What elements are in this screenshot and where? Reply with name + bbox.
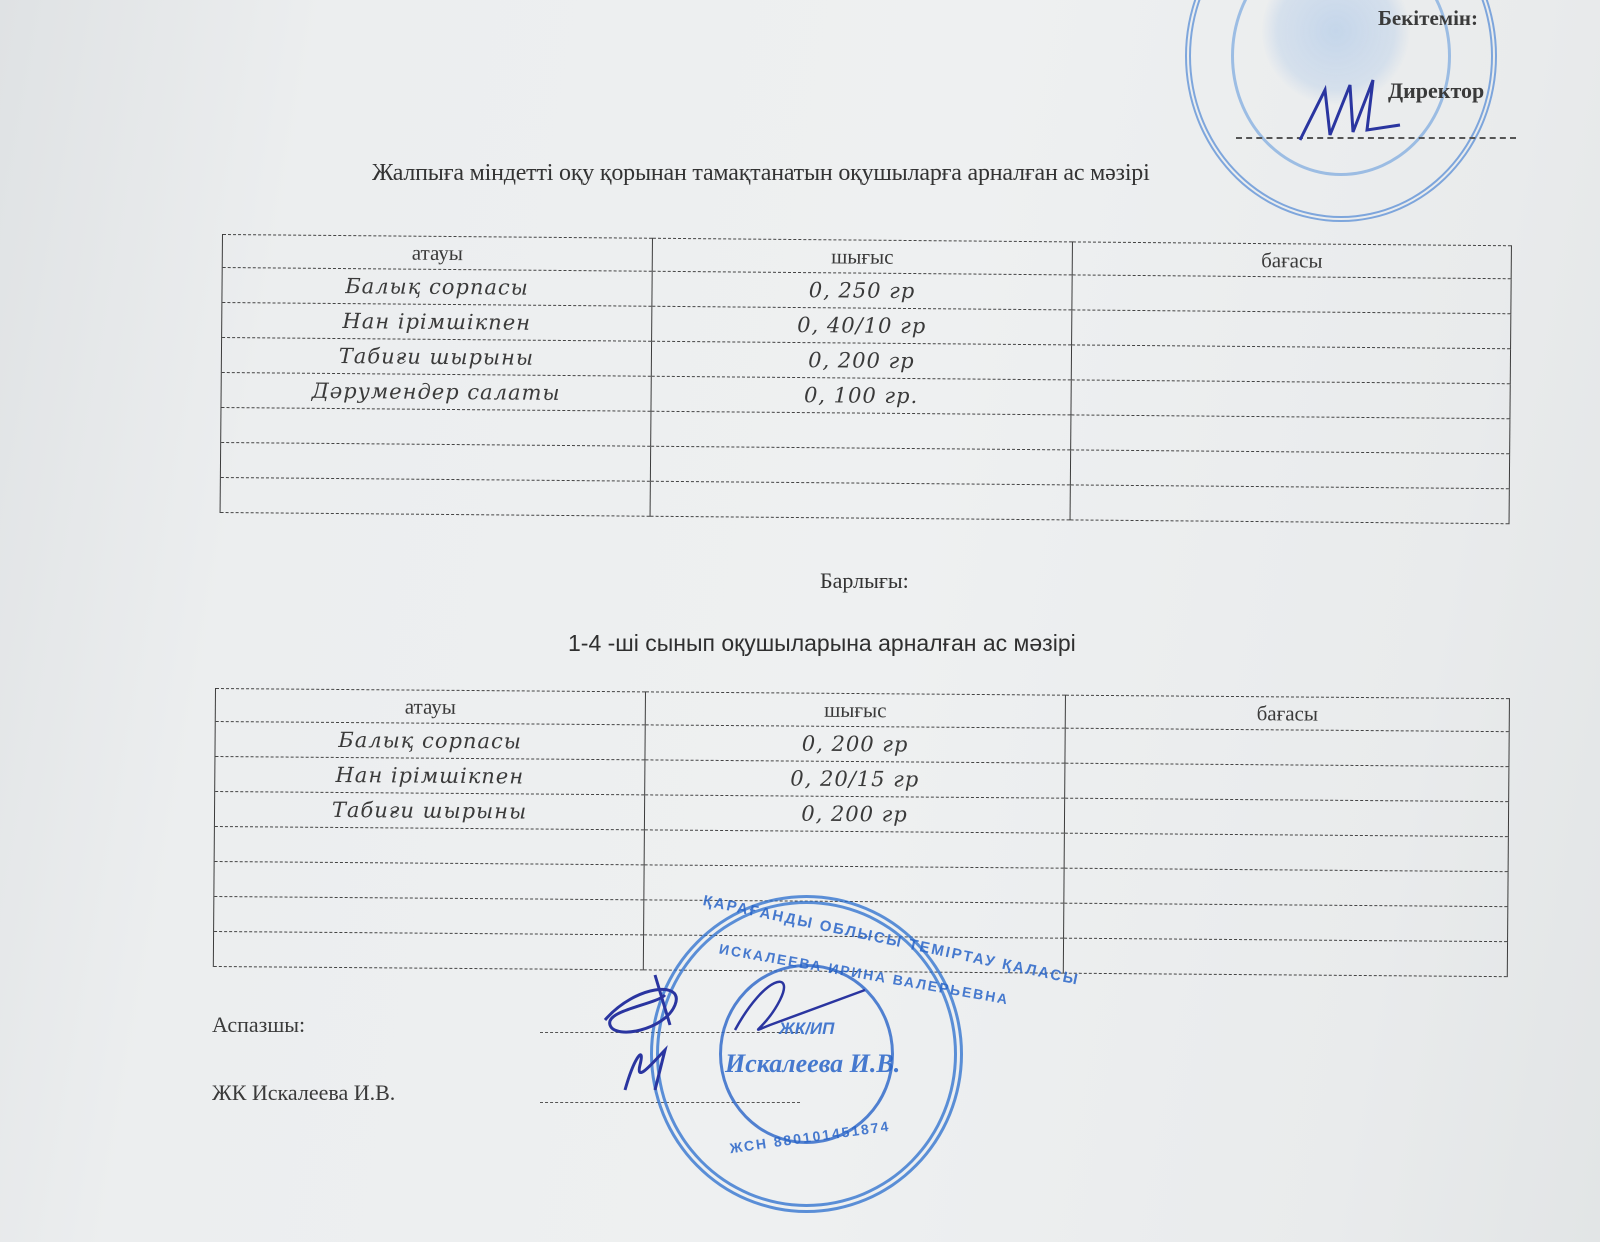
item-name-cell — [214, 861, 644, 899]
column-header-price: бағасы — [1065, 695, 1509, 731]
director-signature-icon — [1295, 70, 1405, 150]
column-header-price: бағасы — [1072, 242, 1511, 279]
item-price-cell — [1071, 345, 1510, 384]
item-name-cell: Табиғи шырыны — [214, 792, 644, 830]
item-name-cell — [214, 896, 644, 934]
item-name-cell: Дәрумендер салаты — [221, 372, 651, 411]
item-price-cell — [1065, 763, 1509, 801]
item-price-cell — [1064, 903, 1508, 941]
item-price-cell — [1064, 833, 1508, 871]
item-output-cell: 0, 40/10 гр — [652, 306, 1072, 345]
item-price-cell — [1064, 798, 1508, 836]
item-name-cell — [213, 931, 643, 969]
item-name-cell: Балық сорпасы — [215, 722, 645, 760]
column-header-name: атауы — [222, 235, 652, 272]
item-price-cell — [1065, 728, 1509, 766]
cook-signature-icon — [595, 965, 895, 1095]
item-output-cell — [651, 411, 1071, 450]
item-output-cell — [644, 830, 1064, 868]
item-name-cell — [220, 442, 650, 481]
item-price-cell — [1071, 415, 1510, 454]
menu-general-table: атауы шығыс бағасы Балық сорпасы0, 250 г… — [220, 234, 1512, 524]
item-price-cell — [1072, 310, 1511, 349]
item-output-cell: 0, 200 гр — [645, 725, 1065, 763]
item-price-cell — [1070, 450, 1509, 489]
menu-grades-title: 1-4 -ші сынып оқушыларына арналған ас мә… — [568, 630, 1076, 657]
item-name-cell: Табиғи шырыны — [221, 338, 651, 377]
item-price-cell — [1071, 380, 1510, 419]
ip-name-label: ЖК Искалеева И.В. — [212, 1080, 395, 1106]
column-header-name: атауы — [215, 689, 645, 725]
menu-general-title: Жалпыға міндетті оқу қорынан тамақтанаты… — [372, 160, 1150, 187]
item-output-cell: 0, 20/15 гр — [645, 760, 1065, 798]
item-output-cell: 0, 250 гр — [652, 271, 1072, 310]
column-header-output: шығыс — [645, 692, 1065, 728]
item-output-cell: 0, 200 гр — [651, 341, 1071, 380]
item-output-cell: 0, 200 гр — [644, 795, 1064, 833]
total-label: Барлығы: — [820, 568, 909, 594]
item-output-cell — [650, 481, 1070, 520]
column-header-output: шығыс — [652, 238, 1072, 275]
item-price-cell — [1064, 868, 1508, 906]
item-price-cell — [1070, 485, 1509, 524]
item-name-cell — [214, 826, 644, 864]
item-price-cell — [1072, 275, 1511, 314]
item-output-cell: 0, 100 гр. — [651, 376, 1071, 415]
item-name-cell — [220, 477, 650, 516]
item-name-cell: Нан ірімшікпен — [215, 757, 645, 795]
cook-label: Аспазшы: — [212, 1012, 305, 1038]
item-name-cell: Балық сорпасы — [222, 268, 652, 307]
item-output-cell — [650, 446, 1070, 485]
item-price-cell — [1063, 938, 1507, 976]
item-name-cell: Нан ірімшікпен — [222, 303, 652, 342]
approval-title: Бекітемін: — [1378, 6, 1478, 31]
item-name-cell — [221, 407, 651, 446]
